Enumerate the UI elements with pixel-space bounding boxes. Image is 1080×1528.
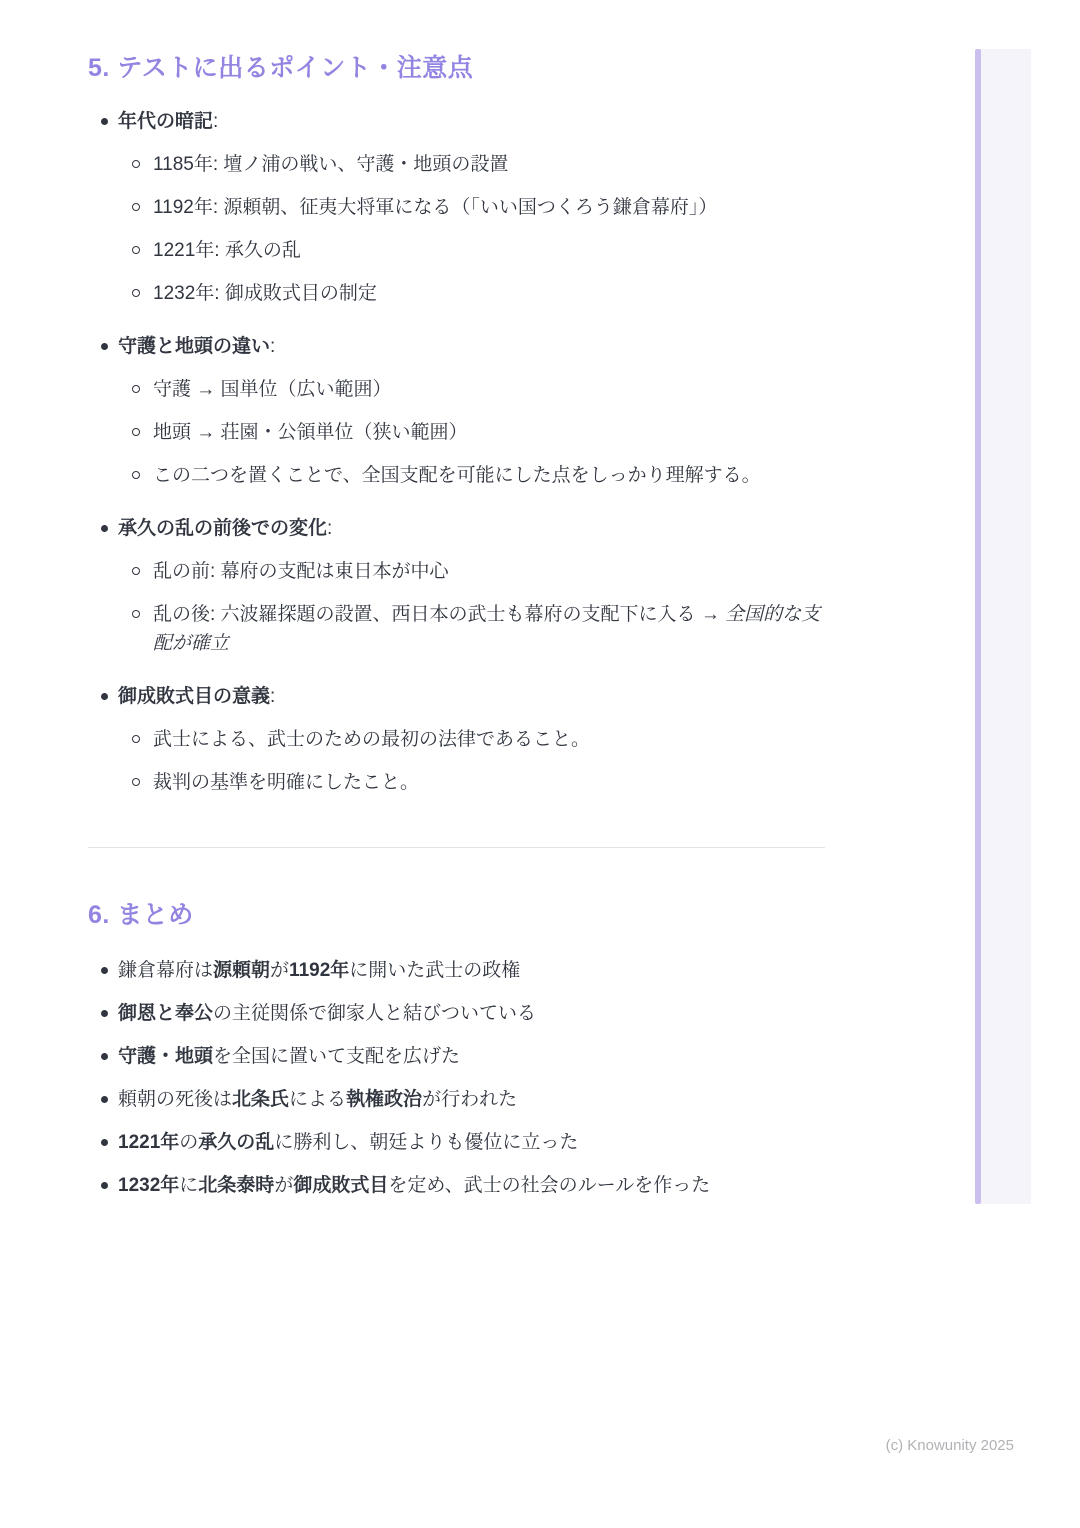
point-sub-item: 1185年: 壇ノ浦の戦い、守護・地頭の設置 xyxy=(118,150,825,179)
text-run: が xyxy=(274,1175,293,1196)
text-run: が行われた xyxy=(422,1089,517,1110)
point-item: 守護と地頭の違い:守護 → 国単位（広い範囲）地頭 → 荘園・公領単位（狭い範囲… xyxy=(88,332,825,490)
section-summary: 6. まとめ 鎌倉幕府は源頼朝が1192年に開いた武士の政権御恩と奉公の主従関係… xyxy=(88,900,825,1200)
text-run: 1192年: 源頼朝、征夷大将軍になる（「いい国つくろう鎌倉幕府」） xyxy=(153,197,717,218)
section-6-heading: 6. まとめ xyxy=(88,900,825,930)
point-item: 御成敗式目の意義:武士による、武士のための最初の法律であること。裁判の基準を明確… xyxy=(88,682,825,797)
summary-item: 鎌倉幕府は源頼朝が1192年に開いた武士の政権 xyxy=(88,956,825,985)
point-item: 年代の暗記:1185年: 壇ノ浦の戦い、守護・地頭の設置1192年: 源頼朝、征… xyxy=(88,107,825,308)
point-sub-item: 1232年: 御成敗式目の制定 xyxy=(118,279,825,308)
text-run: の主従関係で御家人と結びついている xyxy=(213,1003,536,1024)
text-run: 守護 → 国単位（広い範囲） xyxy=(153,379,392,400)
point-sub-item: 裁判の基準を明確にしたこと。 xyxy=(118,768,825,797)
summary-item: 守護・地頭を全国に置いて支配を広げた xyxy=(88,1042,825,1071)
section-divider xyxy=(88,847,825,848)
text-run: 地頭 → 荘園・公領単位（狭い範囲） xyxy=(153,422,468,443)
point-sub-item: 地頭 → 荘園・公領単位（狭い範囲） xyxy=(118,418,825,447)
point-sub-item: 1192年: 源頼朝、征夷大将軍になる（「いい国つくろう鎌倉幕府」） xyxy=(118,193,825,222)
text-run: 執権政治 xyxy=(346,1089,422,1110)
point-title-suffix: : xyxy=(270,336,275,357)
point-title-suffix: : xyxy=(270,686,275,707)
text-run: 御成敗式目 xyxy=(293,1175,388,1196)
point-sub-item: 乱の前: 幕府の支配は東日本が中心 xyxy=(118,557,825,586)
text-run: の xyxy=(179,1132,198,1153)
text-run: 御恩と奉公 xyxy=(118,1003,213,1024)
text-run: 頼朝の死後は xyxy=(118,1089,232,1110)
text-run: 1192年 xyxy=(289,960,349,981)
test-points-list: 年代の暗記:1185年: 壇ノ浦の戦い、守護・地頭の設置1192年: 源頼朝、征… xyxy=(88,107,825,797)
text-run: 1221年 xyxy=(118,1132,179,1153)
summary-item: 1221年の承久の乱に勝利し、朝廷よりも優位に立った xyxy=(88,1128,825,1157)
copyright-footer: (c) Knowunity 2025 xyxy=(886,1437,1014,1455)
text-run: 承久の乱 xyxy=(198,1132,274,1153)
text-run: による xyxy=(289,1089,346,1110)
right-accent-line xyxy=(975,49,981,1204)
text-run: に開いた武士の政権 xyxy=(349,960,520,981)
text-run: が xyxy=(270,960,289,981)
point-sub-list: 乱の前: 幕府の支配は東日本が中心乱の後: 六波羅探題の設置、西日本の武士も幕府… xyxy=(118,557,825,658)
summary-item: 1232年に北条泰時が御成敗式目を定め、武士の社会のルールを作った xyxy=(88,1171,825,1200)
content-column: 5. テストに出るポイント・注意点 年代の暗記:1185年: 壇ノ浦の戦い、守護… xyxy=(88,40,825,1200)
text-run: 北条氏 xyxy=(232,1089,289,1110)
text-run: 鎌倉幕府は xyxy=(118,960,213,981)
text-run: 乱の前: 幕府の支配は東日本が中心 xyxy=(153,561,449,582)
text-run: 乱の後: 六波羅探題の設置、西日本の武士も幕府の支配下に入る → xyxy=(153,604,725,625)
point-title-suffix: : xyxy=(327,518,332,539)
point-title: 守護と地頭の違い xyxy=(118,336,270,357)
document-page: 5. テストに出るポイント・注意点 年代の暗記:1185年: 壇ノ浦の戦い、守護… xyxy=(0,0,1080,1528)
point-title: 年代の暗記 xyxy=(118,111,213,132)
text-run: この二つを置くことで、全国支配を可能にした点をしっかり理解する。 xyxy=(153,465,761,486)
point-title-suffix: : xyxy=(213,111,218,132)
text-run: 源頼朝 xyxy=(213,960,270,981)
point-title: 御成敗式目の意義 xyxy=(118,686,270,707)
point-sub-item: 武士による、武士のための最初の法律であること。 xyxy=(118,725,825,754)
summary-list: 鎌倉幕府は源頼朝が1192年に開いた武士の政権御恩と奉公の主従関係で御家人と結び… xyxy=(88,956,825,1200)
point-sub-item: この二つを置くことで、全国支配を可能にした点をしっかり理解する。 xyxy=(118,461,825,490)
section-test-points: 5. テストに出るポイント・注意点 年代の暗記:1185年: 壇ノ浦の戦い、守護… xyxy=(88,53,825,797)
text-run: を定め、武士の社会のルールを作った xyxy=(388,1175,710,1196)
text-run: 1232年: 御成敗式目の制定 xyxy=(153,283,377,304)
point-sub-item: 1221年: 承久の乱 xyxy=(118,236,825,265)
point-title: 承久の乱の前後での変化 xyxy=(118,518,327,539)
text-run: に勝利し、朝廷よりも優位に立った xyxy=(274,1132,578,1153)
point-sub-item: 守護 → 国単位（広い範囲） xyxy=(118,375,825,404)
section-5-heading: 5. テストに出るポイント・注意点 xyxy=(88,53,825,83)
text-run: 北条泰時 xyxy=(198,1175,274,1196)
text-run: 1221年: 承久の乱 xyxy=(153,240,301,261)
text-run: 裁判の基準を明確にしたこと。 xyxy=(153,772,419,793)
text-run: 守護・地頭 xyxy=(118,1046,213,1067)
point-sub-list: 1185年: 壇ノ浦の戦い、守護・地頭の設置1192年: 源頼朝、征夷大将軍にな… xyxy=(118,150,825,308)
right-accent-panel xyxy=(981,49,1031,1204)
text-run: を全国に置いて支配を広げた xyxy=(213,1046,460,1067)
point-item: 承久の乱の前後での変化:乱の前: 幕府の支配は東日本が中心乱の後: 六波羅探題の… xyxy=(88,514,825,658)
text-run: に xyxy=(179,1175,198,1196)
point-sub-list: 守護 → 国単位（広い範囲）地頭 → 荘園・公領単位（狭い範囲）この二つを置くこ… xyxy=(118,375,825,490)
summary-item: 頼朝の死後は北条氏による執権政治が行われた xyxy=(88,1085,825,1114)
point-sub-item: 乱の後: 六波羅探題の設置、西日本の武士も幕府の支配下に入る → 全国的な支配が… xyxy=(118,600,825,658)
text-run: 武士による、武士のための最初の法律であること。 xyxy=(153,729,590,750)
text-run: 1185年: 壇ノ浦の戦い、守護・地頭の設置 xyxy=(153,154,508,175)
text-run: 1232年 xyxy=(118,1175,179,1196)
point-sub-list: 武士による、武士のための最初の法律であること。裁判の基準を明確にしたこと。 xyxy=(118,725,825,797)
summary-item: 御恩と奉公の主従関係で御家人と結びついている xyxy=(88,999,825,1028)
